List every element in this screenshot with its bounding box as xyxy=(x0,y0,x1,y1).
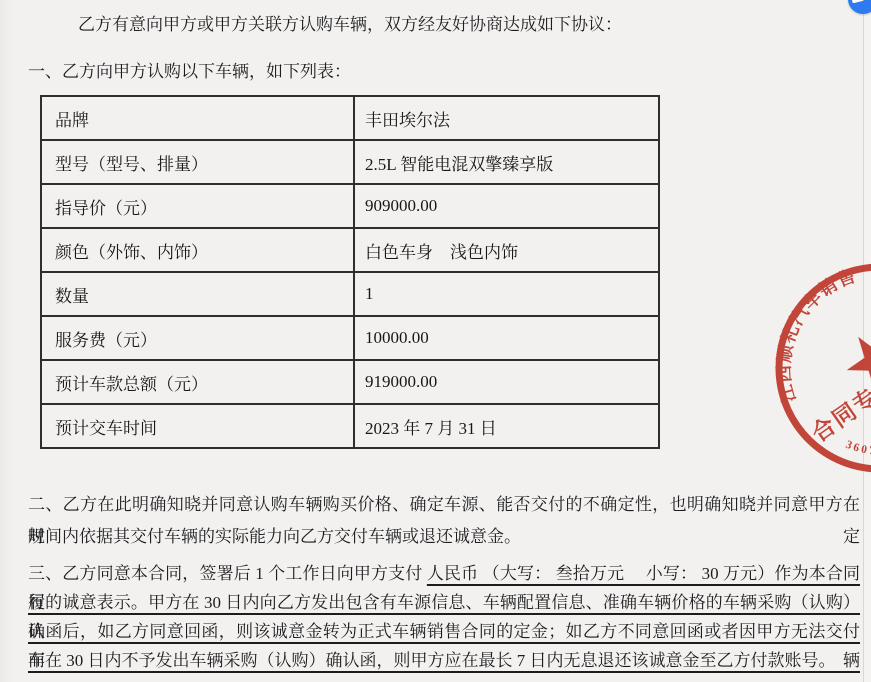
total-price-label: 预计车款总额（元） xyxy=(41,360,354,404)
company-seal-stamp: 江西顺礼汽车销售 合同专 3607- xyxy=(750,238,871,498)
clause-3-line-4: 而在 30 日内不予发出车辆采购（认购）确认函，则甲方应在最长 7 日内无息退还… xyxy=(28,646,860,675)
clause-3-line-1: 三、乙方同意本合同，签署后 1 个工作日向甲方支付 人民币 （大写： 叁拾万元 … xyxy=(28,559,860,588)
scan-edge-strip xyxy=(864,0,871,682)
table-row-brand: 品牌 丰田埃尔法 xyxy=(41,96,659,140)
brand-label: 品牌 xyxy=(41,96,354,140)
table-row-model: 型号（型号、排量） 2.5L 智能电混双擎臻享版 xyxy=(41,140,659,184)
service-fee-label: 服务费（元） xyxy=(41,316,354,360)
clause-3-line-3: 认函后，如乙方同意回函，则该诚意金转为正式车辆销售合同的定金；如乙方不同意回函或… xyxy=(28,617,860,646)
table-row-quantity: 数量 1 xyxy=(41,272,659,316)
intro-paragraph: 乙方有意向甲方或甲方关联方认购车辆，双方经友好协商达成如下协议： xyxy=(28,10,860,40)
quantity-value: 1 xyxy=(354,272,659,316)
annotation-badge-glyph xyxy=(852,0,865,3)
contract-page: 乙方有意向甲方或甲方关联方认购车辆，双方经友好协商达成如下协议： 一、乙方向甲方… xyxy=(0,0,871,682)
table-row-total-price: 预计车款总额（元） 919000.00 xyxy=(41,360,659,404)
clause-3-paragraph: 三、乙方同意本合同，签署后 1 个工作日向甲方支付 人民币 （大写： 叁拾万元 … xyxy=(28,559,860,675)
quantity-label: 数量 xyxy=(41,272,354,316)
seal-label-text: 合同专 xyxy=(807,382,871,446)
seal-ring-text: 江西顺礼汽车销售 xyxy=(750,260,871,410)
clause-2-line-1: 二、乙方在此明确知晓并同意认购车辆购买价格、确定车源、能否交付的不确定性，也明确… xyxy=(28,489,860,521)
table-row-color: 颜色（外饰、内饰） 白色车身 浅色内饰 xyxy=(41,228,659,272)
vehicle-table: 品牌 丰田埃尔法 型号（型号、排量） 2.5L 智能电混双擎臻享版 指导价（元）… xyxy=(40,95,660,449)
clause-3-line-2: 行的诚意表示。甲方在 30 日内向乙方发出包含有车源信息、车辆配置信息、准确车辆… xyxy=(28,588,860,617)
total-price-value: 919000.00 xyxy=(354,360,659,404)
clause-3-line-4-underlined: 而在 30 日内不予发出车辆采购（认购）确认函，则甲方应在最长 7 日内无息退还… xyxy=(28,651,836,670)
color-label: 颜色（外饰、内饰） xyxy=(41,228,354,272)
table-row-delivery-date: 预计交车时间 2023 年 7 月 31 日 xyxy=(41,404,659,448)
model-label: 型号（型号、排量） xyxy=(41,140,354,184)
clause-2-paragraph: 二、乙方在此明确知晓并同意认购车辆购买价格、确定车源、能否交付的不确定性，也明确… xyxy=(28,489,860,553)
scan-edge-line xyxy=(863,0,864,682)
seal-ring xyxy=(750,238,871,498)
service-fee-value: 10000.00 xyxy=(354,316,659,360)
table-row-msrp: 指导价（元） 909000.00 xyxy=(41,184,659,228)
delivery-date-label: 预计交车时间 xyxy=(41,404,354,448)
brand-value: 丰田埃尔法 xyxy=(354,96,659,140)
clause-3-line-1-normal: 三、乙方同意本合同，签署后 1 个工作日向甲方支付 xyxy=(28,564,427,583)
table-row-service-fee: 服务费（元） 10000.00 xyxy=(41,316,659,360)
delivery-date-value: 2023 年 7 月 31 日 xyxy=(354,404,659,448)
color-value: 白色车身 浅色内饰 xyxy=(354,228,659,272)
msrp-label: 指导价（元） xyxy=(41,184,354,228)
msrp-value: 909000.00 xyxy=(354,184,659,228)
model-value: 2.5L 智能电混双擎臻享版 xyxy=(354,140,659,184)
clause-1-heading: 一、乙方向甲方认购以下车辆，如下列表： xyxy=(28,57,860,87)
